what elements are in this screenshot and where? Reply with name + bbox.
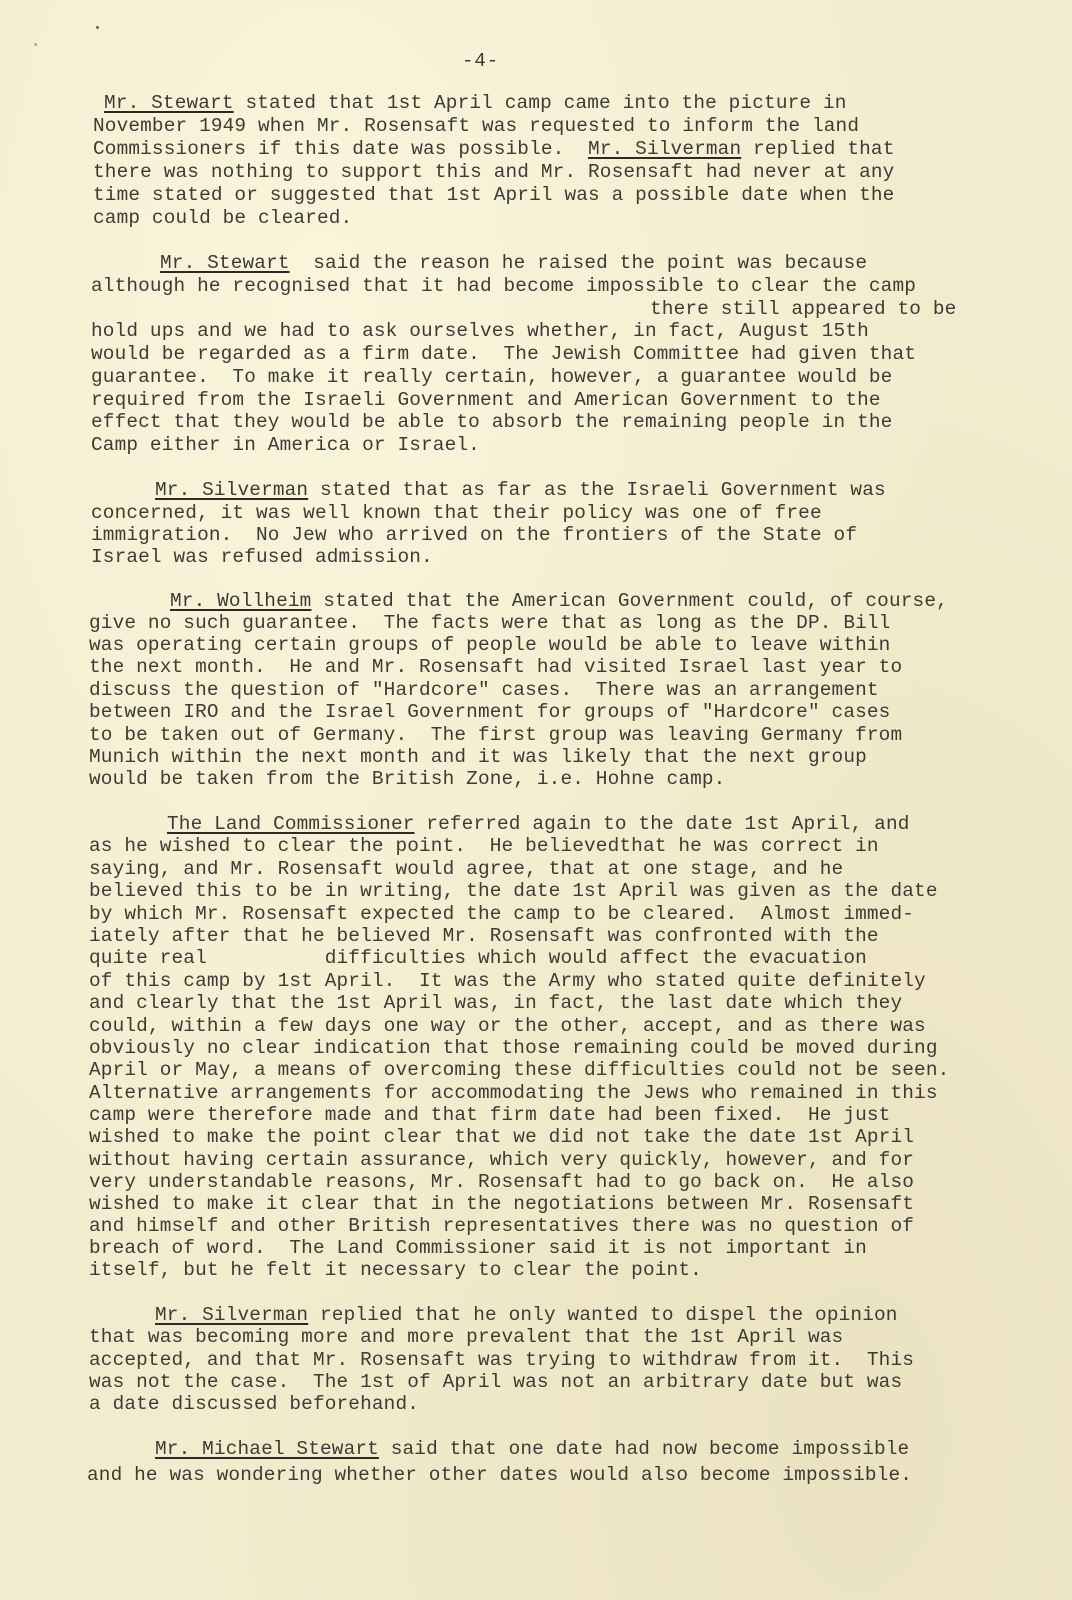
text-line: of this camp by 1st April. It was the Ar… — [89, 970, 926, 992]
text-line: effect that they would be able to absorb… — [91, 411, 892, 433]
text-line: November 1949 when Mr. Rosensaft was req… — [93, 115, 859, 137]
text-line: wished to make the point clear that we d… — [89, 1126, 914, 1148]
speaker-name: Mr. Stewart — [104, 92, 234, 114]
text-line: and clearly that the 1st April was, in f… — [89, 992, 902, 1014]
text-line: Munich within the next month and it was … — [89, 746, 867, 768]
text-line: guarantee. To make it really certain, ho… — [91, 366, 892, 388]
text-line: breach of word. The Land Commissioner sa… — [89, 1237, 867, 1259]
text-line: iately after that he believed Mr. Rosens… — [89, 925, 879, 947]
text-line: that was becoming more and more prevalen… — [89, 1326, 843, 1348]
speaker-name: Mr. Stewart — [160, 252, 290, 274]
speaker-name: Mr. Silverman — [155, 1304, 308, 1326]
text-line: Commissioners if this date was possible.… — [93, 138, 895, 160]
text-line: required from the Israeli Government and… — [91, 389, 881, 411]
text-line: immigration. No Jew who arrived on the f… — [91, 524, 857, 546]
text-line: very understandable reasons, Mr. Rosensa… — [89, 1171, 914, 1193]
text-line: quite real difficulties which would affe… — [89, 947, 867, 969]
text-line: to be taken out of Germany. The first gr… — [89, 724, 902, 746]
speaker-name: Mr. Wollheim — [170, 590, 311, 612]
text-line: without having certain assurance, which … — [89, 1149, 914, 1171]
text-line: April or May, a means of overcoming thes… — [89, 1059, 949, 1081]
text-line: discuss the question of "Hardcore" cases… — [89, 679, 879, 701]
text-line: Mr. Silverman stated that as far as the … — [155, 479, 886, 501]
text-line: Alternative arrangements for accommodati… — [89, 1082, 938, 1104]
speaker-name: Mr. Michael Stewart — [155, 1438, 379, 1460]
text-line: time stated or suggested that 1st April … — [93, 184, 894, 206]
text-line: was operating certain groups of people w… — [89, 634, 890, 656]
text-line: hold ups and we had to ask ourselves whe… — [91, 320, 869, 342]
text-line: although he recognised that it had becom… — [91, 275, 916, 297]
text-line: obviously no clear indication that those… — [89, 1037, 938, 1059]
paper-speck — [96, 26, 99, 29]
text-line: Mr. Michael Stewart said that one date h… — [155, 1438, 909, 1460]
speaker-name: Mr. Silverman — [588, 138, 741, 160]
text-line: and he was wondering whether other dates… — [87, 1464, 912, 1486]
text-line: accepted, and that Mr. Rosensaft was try… — [89, 1349, 914, 1371]
text-line: camp could be cleared. — [93, 207, 352, 229]
text-line: between IRO and the Israel Government fo… — [89, 701, 890, 723]
text-line: there was nothing to support this and Mr… — [93, 161, 894, 183]
speaker-name: Mr. Silverman — [155, 479, 308, 501]
text-line: a date discussed beforehand. — [89, 1393, 419, 1415]
text-line: could, within a few days one way or the … — [89, 1015, 926, 1037]
text-line: the next month. He and Mr. Rosensaft had… — [89, 656, 902, 678]
text-line: concerned, it was well known that their … — [91, 502, 822, 524]
text-line: Mr. Stewart stated that 1st April camp c… — [104, 92, 847, 114]
text-line: believed this to be in writing, the date… — [89, 880, 938, 902]
text-line: was not the case. The 1st of April was n… — [89, 1371, 902, 1393]
text-line: there still appeared to be — [650, 298, 956, 320]
text-line: wished to make it clear that in the nego… — [89, 1193, 914, 1215]
text-line: itself, but he felt it necessary to clea… — [89, 1259, 702, 1281]
text-line: would be regarded as a firm date. The Je… — [91, 343, 916, 365]
text-line: Mr. Wollheim stated that the American Go… — [170, 590, 948, 612]
paper-speck — [34, 43, 37, 46]
page-number: -4- — [462, 50, 499, 72]
text-line: saying, and Mr. Rosensaft would agree, t… — [89, 858, 843, 880]
speaker-name: The Land Commissioner — [167, 813, 415, 835]
text-line: camp were therefore made and that firm d… — [89, 1104, 890, 1126]
text-line: The Land Commissioner referred again to … — [167, 813, 910, 835]
text-line: Mr. Stewart said the reason he raised th… — [160, 252, 867, 274]
text-line: and himself and other British representa… — [89, 1215, 914, 1237]
text-line: by which Mr. Rosensaft expected the camp… — [89, 903, 914, 925]
text-line: Mr. Silverman replied that he only wante… — [155, 1304, 898, 1326]
text-line: give no such guarantee. The facts were t… — [89, 612, 890, 634]
text-line: would be taken from the British Zone, i.… — [89, 768, 725, 790]
text-line: Israel was refused admission. — [91, 546, 433, 568]
text-line: Camp either in America or Israel. — [91, 434, 480, 456]
text-line: as he wished to clear the point. He beli… — [89, 835, 879, 857]
